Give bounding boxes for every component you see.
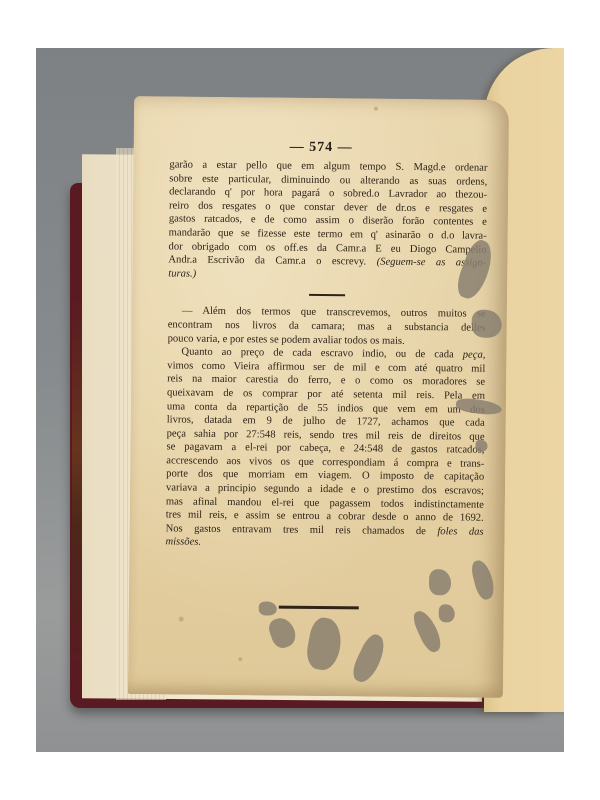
italic-word: peça, <box>463 350 486 361</box>
water-stain <box>429 569 451 595</box>
water-stain <box>304 616 345 673</box>
foxing-spot <box>179 617 184 622</box>
text-segment: Nos gastos entravam tres mil reis chamad… <box>166 523 426 537</box>
book-photo: — 574 — garão a estar pello que em algum… <box>36 48 564 752</box>
book-page: — 574 — garão a estar pello que em algum… <box>128 96 509 698</box>
water-stain <box>259 601 277 615</box>
page-text: garão a estar pello que em algum tempo S… <box>165 158 487 552</box>
italic-phrase: foles das <box>437 526 483 537</box>
foxing-spot <box>238 657 242 661</box>
foxing-spot <box>374 107 378 111</box>
water-stain <box>439 604 455 622</box>
water-stain <box>266 615 299 651</box>
page-number: — 574 — <box>134 138 509 158</box>
end-rule <box>279 606 359 610</box>
water-stain <box>472 310 502 338</box>
text-segment: Quanto ao preço de cada escravo indio, o… <box>181 347 453 361</box>
water-stain <box>475 440 487 452</box>
cover-spine <box>72 298 82 678</box>
text-segment: Andr.a Escrivão da Camr.a o escrevy. <box>168 255 366 268</box>
water-stain <box>349 631 390 686</box>
water-stain <box>469 558 496 601</box>
italic-phrase: missões. <box>165 537 201 548</box>
italic-note: turas.) <box>168 268 196 279</box>
section-separator <box>309 294 345 296</box>
paragraph-2: Quanto ao preço de cada escravo indio, o… <box>165 346 485 553</box>
paragraph-1: — Além dos termos que transcrevemos, out… <box>168 305 486 349</box>
text-line: missões. <box>165 536 483 553</box>
upper-paragraph: garão a estar pello que em algum tempo S… <box>168 158 487 284</box>
